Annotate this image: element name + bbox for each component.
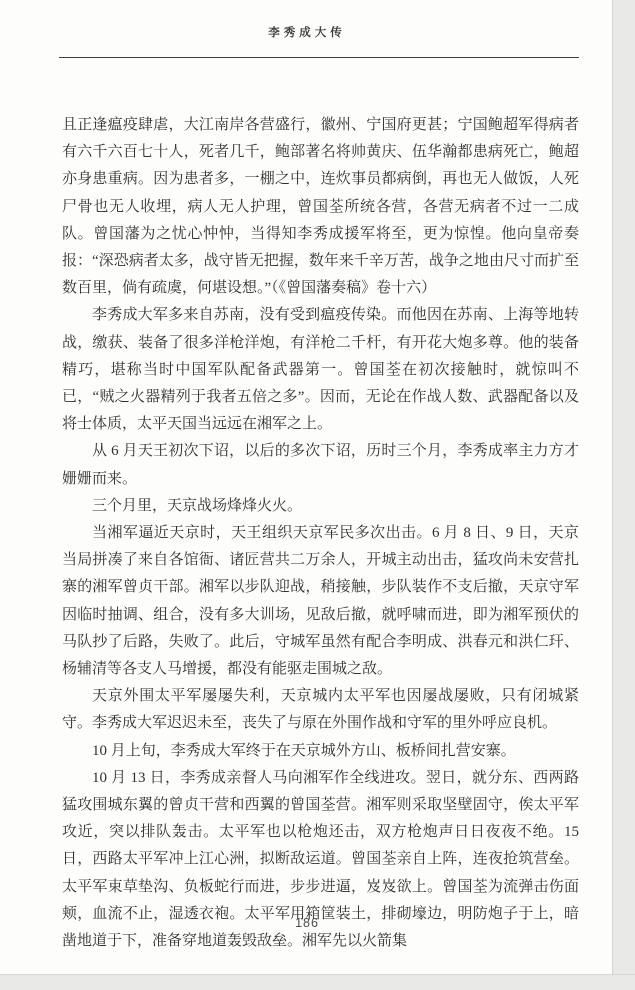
paragraph: 当湘军逼近天京时，天王组织天京军民多次出击。6 月 8 日、9 日，天京当局拼凑…	[62, 520, 579, 683]
paragraph: 10 月上旬，李秀成大军终于在天京城外方山、板桥间扎营安寨。	[62, 738, 579, 765]
book-title: 李秀成大传	[268, 27, 346, 39]
scan-edge-bottom	[0, 974, 635, 990]
paragraph-continued: 且正逢瘟疫肆虐，大江南岸各营盛行，徽州、宁国府更甚；宁国鲍超军得病者有六千六百七…	[62, 112, 579, 302]
book-page: 李秀成大传 且正逢瘟疫肆虐，大江南岸各营盛行，徽州、宁国府更甚；宁国鲍超军得病者…	[0, 0, 635, 990]
paragraph: 从 6 月天王初次下诏，以后的多次下诏，历时三个月，李秀成率主力方才姗姗而来。	[62, 438, 579, 492]
page-body: 且正逢瘟疫肆虐，大江南岸各营盛行，徽州、宁国府更甚；宁国鲍超军得病者有六千六百七…	[62, 112, 579, 955]
header-rule	[59, 57, 579, 58]
scan-edge-right	[612, 0, 635, 990]
page-number: 186	[0, 916, 614, 930]
paragraph: 李秀成大军多来自苏南，没有受到瘟疫传染。而他因在苏南、上海等地转战，缴获、装备了…	[62, 302, 579, 438]
running-header: 李秀成大传	[0, 24, 614, 40]
paragraph: 三个月里，天京战场烽烽火火。	[62, 493, 579, 520]
paragraph: 天京外围太平军屡屡失利，天京城内太平军也因屡战屡败，只有闭城紧守。李秀成大军迟迟…	[62, 683, 579, 737]
